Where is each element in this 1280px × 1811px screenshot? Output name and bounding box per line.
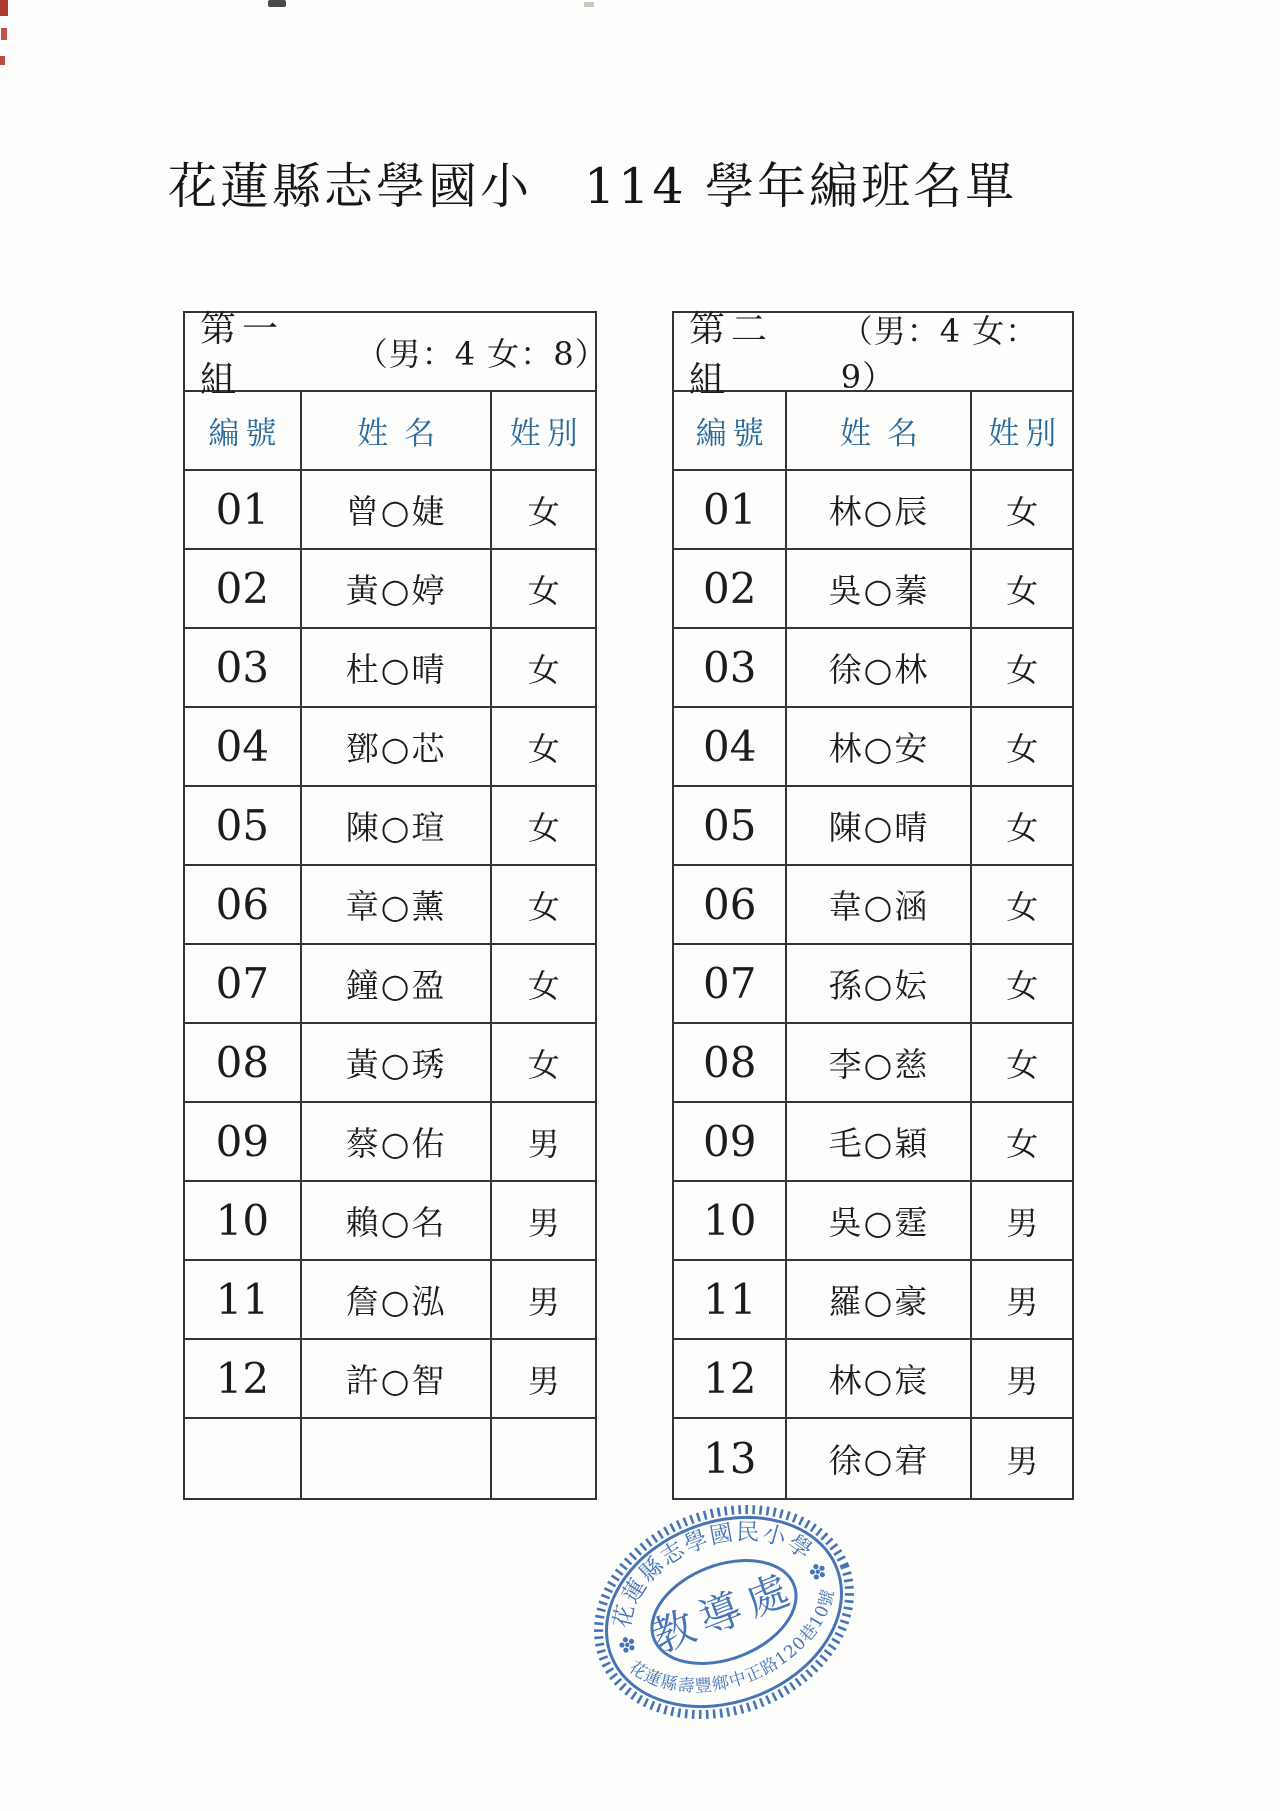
student-number: 10	[185, 1182, 300, 1259]
student-gender: 女	[972, 1103, 1072, 1180]
student-number: 07	[674, 945, 785, 1022]
student-gender: 男	[972, 1419, 1072, 1498]
student-name: 章○薰	[300, 866, 493, 943]
table-row: 08 李○慈 女	[674, 1024, 1072, 1103]
student-number: 01	[674, 471, 785, 548]
student-gender: 女	[972, 550, 1072, 627]
student-gender: 女	[492, 866, 595, 943]
student-gender: 男	[972, 1340, 1072, 1417]
student-number: 08	[185, 1024, 300, 1101]
student-gender: 女	[972, 866, 1072, 943]
student-gender: 男	[492, 1340, 595, 1417]
student-name: 鄧○芯	[300, 708, 493, 785]
student-number: 06	[185, 866, 300, 943]
student-name: 許○智	[300, 1340, 493, 1417]
student-number: 05	[185, 787, 300, 864]
student-name: 林○安	[785, 708, 972, 785]
group2-title: 第二組	[689, 301, 805, 403]
student-name: 吳○蓁	[785, 550, 972, 627]
student-number: 09	[674, 1103, 785, 1180]
student-gender: 女	[492, 945, 595, 1022]
student-number: 03	[185, 629, 300, 706]
table-row: 03 杜○晴 女	[185, 629, 595, 708]
student-name: 蔡○佑	[300, 1103, 493, 1180]
table-row: 01 曾○婕 女	[185, 471, 595, 550]
student-gender: 女	[492, 629, 595, 706]
table-row: 08 黃○琇 女	[185, 1024, 595, 1103]
scan-artifact	[0, 56, 5, 65]
student-name: 李○慈	[785, 1024, 972, 1101]
student-name: 詹○泓	[300, 1261, 493, 1338]
student-name: 賴○名	[300, 1182, 493, 1259]
group2-gender-count: （男：4 女：9）	[841, 306, 1072, 398]
student-name: 陳○晴	[785, 787, 972, 864]
student-name: 韋○涵	[785, 866, 972, 943]
student-name: 曾○婕	[300, 471, 493, 548]
student-name: 羅○豪	[785, 1261, 972, 1338]
table-row: 12 許○智 男	[185, 1340, 595, 1419]
student-gender: 女	[492, 550, 595, 627]
student-number: 06	[674, 866, 785, 943]
student-gender: 女	[492, 471, 595, 548]
student-number: 09	[185, 1103, 300, 1180]
student-number: 05	[674, 787, 785, 864]
student-gender: 男	[492, 1182, 595, 1259]
student-number: 11	[185, 1261, 300, 1338]
col-header-name: 姓名	[300, 392, 493, 469]
student-gender: 男	[492, 1103, 595, 1180]
table-row: 03 徐○林 女	[674, 629, 1072, 708]
table-row: 04 鄧○芯 女	[185, 708, 595, 787]
col-header-number: 編號	[185, 392, 300, 469]
table-row: 04 林○安 女	[674, 708, 1072, 787]
student-number: 10	[674, 1182, 785, 1259]
table-row: 11 詹○泓 男	[185, 1261, 595, 1340]
student-gender	[492, 1419, 595, 1498]
student-gender: 女	[972, 629, 1072, 706]
student-number	[185, 1419, 300, 1498]
flower-icon-left	[617, 1635, 637, 1655]
student-name	[300, 1419, 493, 1498]
table-row: 02 吳○蓁 女	[674, 550, 1072, 629]
student-name: 黃○婷	[300, 550, 493, 627]
group2-table: 第二組 （男：4 女：9） 編號 姓名 姓別 01 林○辰 女 02 吳○蓁 女…	[672, 311, 1074, 1500]
stamp-center-text: 教導處	[645, 1563, 803, 1663]
table-row: 02 黃○婷 女	[185, 550, 595, 629]
group1-table: 第一組 （男：4 女：8） 編號 姓名 姓別 01 曾○婕 女 02 黃○婷 女…	[183, 311, 597, 1500]
col-header-gender: 姓別	[492, 392, 595, 469]
student-number: 04	[674, 708, 785, 785]
scan-artifact	[0, 0, 8, 16]
student-gender: 女	[492, 708, 595, 785]
table-row: 09 蔡○佑 男	[185, 1103, 595, 1182]
table-row: 07 孫○妘 女	[674, 945, 1072, 1024]
student-number: 03	[674, 629, 785, 706]
student-gender: 男	[972, 1261, 1072, 1338]
student-name: 鐘○盈	[300, 945, 493, 1022]
student-name: 徐○林	[785, 629, 972, 706]
scan-artifact	[584, 2, 594, 7]
student-name: 吳○霆	[785, 1182, 972, 1259]
student-name: 林○辰	[785, 471, 972, 548]
table-row: 12 林○宸 男	[674, 1340, 1072, 1419]
student-name: 黃○琇	[300, 1024, 493, 1101]
student-gender: 女	[492, 1024, 595, 1101]
group1-gender-count: （男：4 女：8）	[356, 329, 595, 375]
scan-artifact	[1, 28, 7, 40]
group1-column-header-row: 編號 姓名 姓別	[185, 392, 595, 471]
table-row: 11 羅○豪 男	[674, 1261, 1072, 1340]
student-gender: 女	[972, 471, 1072, 548]
student-number: 12	[185, 1340, 300, 1417]
student-gender: 男	[972, 1182, 1072, 1259]
student-number: 04	[185, 708, 300, 785]
group2-column-header-row: 編號 姓名 姓別	[674, 392, 1072, 471]
table-row: 07 鐘○盈 女	[185, 945, 595, 1024]
student-number: 02	[185, 550, 300, 627]
student-name: 孫○妘	[785, 945, 972, 1022]
student-gender: 男	[492, 1261, 595, 1338]
student-gender: 女	[972, 1024, 1072, 1101]
col-header-number: 編號	[674, 392, 785, 469]
page-title: 花蓮縣志學國小 114 學年編班名單	[168, 160, 1017, 214]
student-number: 07	[185, 945, 300, 1022]
group2-header: 第二組 （男：4 女：9）	[674, 313, 1072, 392]
student-gender: 女	[972, 945, 1072, 1022]
group1-title: 第一組	[200, 301, 320, 403]
table-row: 01 林○辰 女	[674, 471, 1072, 550]
flower-icon-right	[808, 1561, 828, 1581]
group1-header: 第一組 （男：4 女：8）	[185, 313, 595, 392]
table-row: 06 韋○涵 女	[674, 866, 1072, 945]
student-number: 11	[674, 1261, 785, 1338]
table-row: 06 章○薰 女	[185, 866, 595, 945]
scanned-document-page: 花蓮縣志學國小 114 學年編班名單 第一組 （男：4 女：8） 編號 姓名 姓…	[0, 0, 1280, 1811]
student-name: 杜○晴	[300, 629, 493, 706]
table-row: 05 陳○瑄 女	[185, 787, 595, 866]
student-name: 毛○穎	[785, 1103, 972, 1180]
student-name: 陳○瑄	[300, 787, 493, 864]
student-number: 08	[674, 1024, 785, 1101]
student-gender: 女	[492, 787, 595, 864]
table-row: 09 毛○穎 女	[674, 1103, 1072, 1182]
student-name: 林○宸	[785, 1340, 972, 1417]
col-header-gender: 姓別	[972, 392, 1072, 469]
student-gender: 女	[972, 787, 1072, 864]
student-number: 02	[674, 550, 785, 627]
col-header-name: 姓名	[785, 392, 972, 469]
student-number: 01	[185, 471, 300, 548]
scan-artifact	[268, 0, 286, 7]
table-row-empty	[185, 1419, 595, 1498]
table-row: 05 陳○晴 女	[674, 787, 1072, 866]
table-row: 10 賴○名 男	[185, 1182, 595, 1261]
student-gender: 女	[972, 708, 1072, 785]
student-number: 12	[674, 1340, 785, 1417]
table-row: 10 吳○霆 男	[674, 1182, 1072, 1261]
